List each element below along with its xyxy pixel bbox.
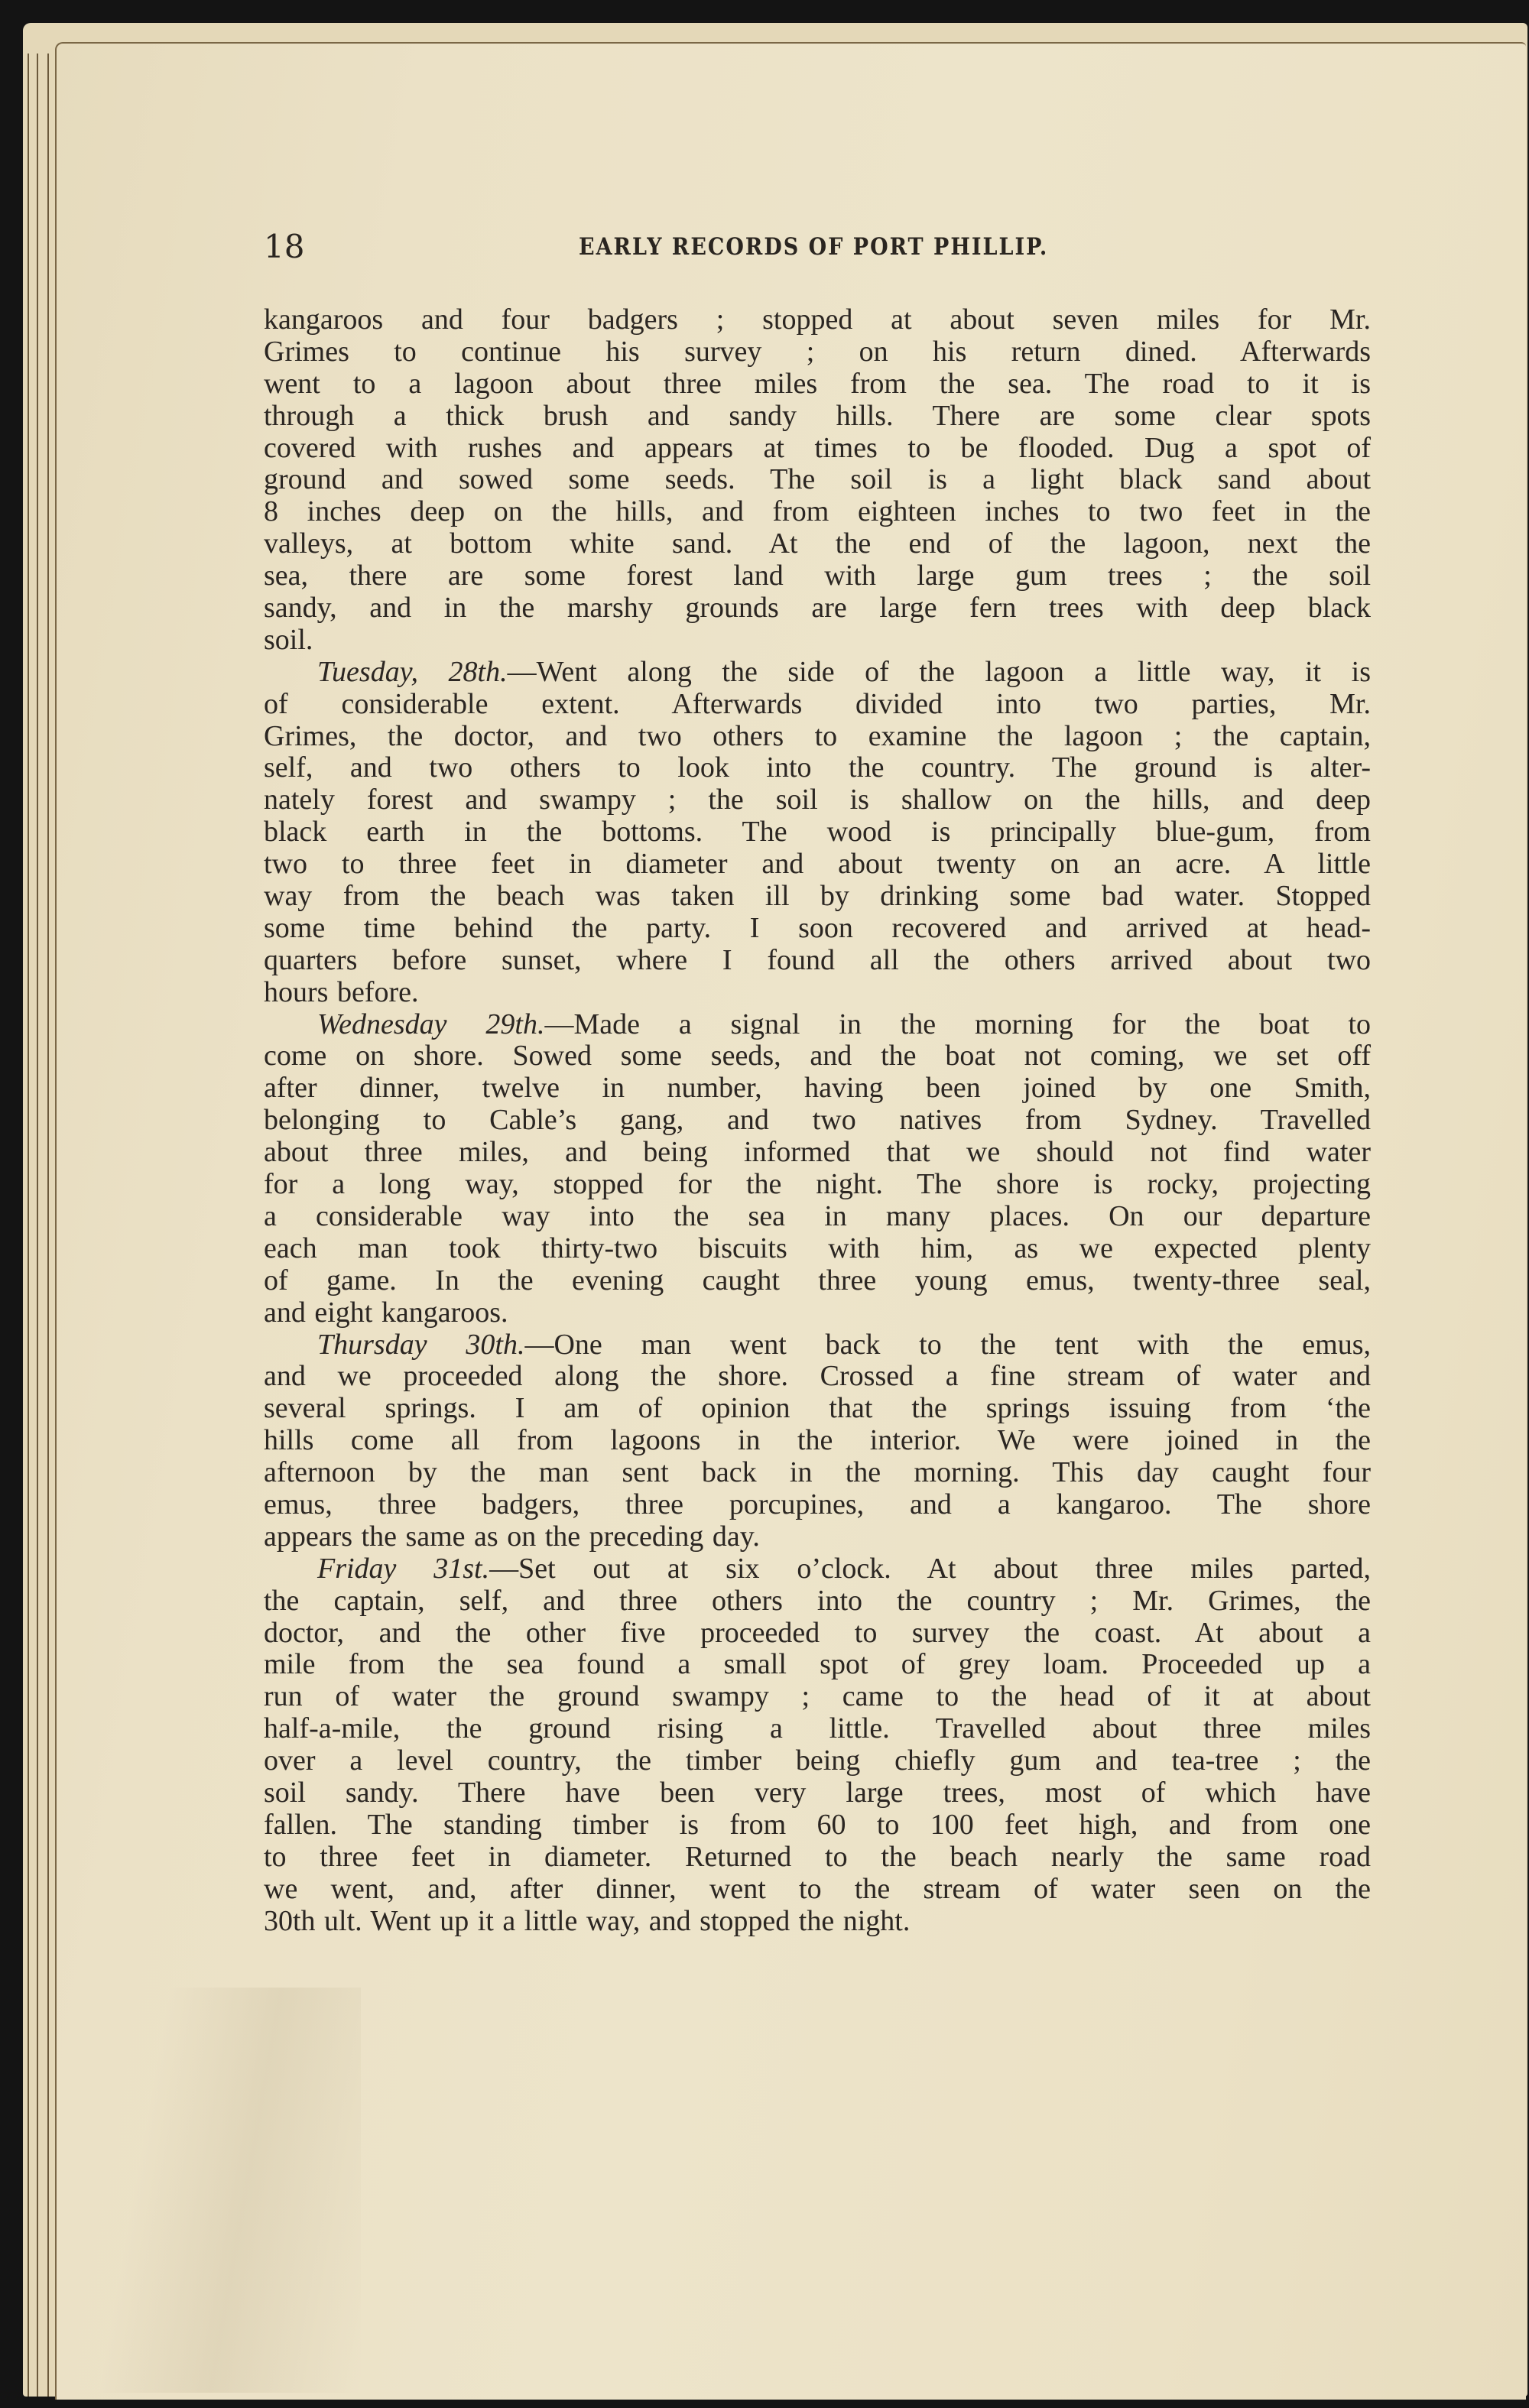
line-text: of considerable extent. Afterwards divid… (264, 688, 1371, 720)
entry-first-line: Wednesday 29th.—Made a signal in the mor… (264, 1009, 1371, 1041)
entry-date: Friday 31st. (317, 1553, 489, 1585)
running-head: 18 EARLY RECORDS OF PORT PHILLIP. (264, 228, 1380, 266)
line-text: black earth in the bottoms. The wood is … (264, 816, 1371, 848)
text-line: hills come all from lagoons in the inter… (264, 1425, 1371, 1457)
line-text: —Made a signal in the morning for the bo… (545, 1008, 1372, 1040)
page-edge-line (37, 54, 38, 2397)
entry-first-line: Friday 31st.—Set out at six o’clock. At … (264, 1553, 1371, 1585)
text-line: nately forest and swampy ; the soil is s… (264, 784, 1371, 816)
text-line: ground and sowed some seeds. The soil is… (264, 464, 1371, 496)
line-text: through a thick brush and sandy hills. T… (264, 400, 1371, 432)
line-text: a considerable way into the sea in many … (264, 1200, 1371, 1232)
line-text: ground and sowed some seeds. The soil is… (264, 463, 1371, 495)
line-text: sea, there are some forest land with lar… (264, 560, 1371, 592)
text-line: belonging to Cable’s gang, and two nativ… (264, 1105, 1371, 1137)
line-text: —Went along the side of the lagoon a lit… (508, 656, 1371, 688)
text-line: soil sandy. There have been very large t… (264, 1777, 1371, 1809)
line-text: over a level country, the timber being c… (264, 1744, 1371, 1777)
line-text: to three feet in diameter. Returned to t… (264, 1841, 1371, 1873)
text-line: over a level country, the timber being c… (264, 1745, 1371, 1777)
line-text: each man took thirty-two biscuits with h… (264, 1232, 1371, 1264)
line-text: hours before. (264, 976, 418, 1008)
line-text: self, and two others to look into the co… (264, 751, 1371, 784)
text-line: black earth in the bottoms. The wood is … (264, 816, 1371, 849)
text-line: run of water the ground swampy ; came to… (264, 1681, 1371, 1713)
line-text: Grimes, the doctor, and two others to ex… (264, 720, 1371, 752)
page-shadow (55, 1988, 361, 2393)
text-line: each man took thirty-two biscuits with h… (264, 1233, 1371, 1265)
line-text: covered with rushes and appears at times… (264, 432, 1371, 464)
text-line: emus, three badgers, three porcupines, a… (264, 1489, 1371, 1521)
text-line: through a thick brush and sandy hills. T… (264, 401, 1371, 433)
line-text: appears the same as on the preceding day… (264, 1520, 760, 1553)
text-line: the captain, self, and three others into… (264, 1585, 1371, 1618)
body-text: kangaroos and four badgers ; stopped at … (264, 304, 1371, 1937)
text-line: we went, and, after dinner, went to the … (264, 1874, 1371, 1906)
line-text: we went, and, after dinner, went to the … (264, 1873, 1371, 1905)
line-text: —Set out at six o’clock. At about three … (489, 1553, 1371, 1585)
text-line: 8 inches deep on the hills, and from eig… (264, 496, 1371, 528)
line-text: quarters before sunset, where I found al… (264, 944, 1371, 976)
line-text: hills come all from lagoons in the inter… (264, 1424, 1371, 1456)
text-line: sandy, and in the marshy grounds are lar… (264, 592, 1371, 625)
text-line: covered with rushes and appears at times… (264, 433, 1371, 465)
line-text: and eight kangaroos. (264, 1296, 508, 1329)
line-text: 30th ult. Went up it a little way, and s… (264, 1905, 910, 1937)
line-text: Grimes to continue his survey ; on his r… (264, 336, 1371, 368)
line-text: the captain, self, and three others into… (264, 1585, 1371, 1617)
line-text: come on shore. Sowed some seeds, and the… (264, 1040, 1371, 1072)
text-line: of game. In the evening caught three you… (264, 1265, 1371, 1297)
entry-date: Tuesday, 28th. (317, 656, 508, 688)
line-text: about three miles, and being informed th… (264, 1136, 1371, 1168)
text-line: several springs. I am of opinion that th… (264, 1393, 1371, 1425)
line-text: soil. (264, 624, 313, 656)
text-line: after dinner, twelve in number, having b… (264, 1073, 1371, 1105)
page-number: 18 (264, 228, 304, 266)
line-text: run of water the ground swampy ; came to… (264, 1680, 1371, 1712)
text-line: to three feet in diameter. Returned to t… (264, 1842, 1371, 1874)
line-text: of game. In the evening caught three you… (264, 1264, 1371, 1296)
line-text: went to a lagoon about three miles from … (264, 368, 1371, 400)
text-line: quarters before sunset, where I found al… (264, 945, 1371, 977)
text-line: valleys, at bottom white sand. At the en… (264, 528, 1371, 560)
line-text: two to three feet in diameter and about … (264, 848, 1371, 880)
text-line: some time behind the party. I soon recov… (264, 913, 1371, 945)
entry-first-line: Thursday 30th.—One man went back to the … (264, 1329, 1371, 1361)
text-line: self, and two others to look into the co… (264, 752, 1371, 784)
text-line: 30th ult. Went up it a little way, and s… (264, 1906, 1371, 1938)
text-line: a considerable way into the sea in many … (264, 1201, 1371, 1233)
page-edge-line (28, 54, 29, 2397)
text-line: for a long way, stopped for the night. T… (264, 1169, 1371, 1201)
running-title: EARLY RECORDS OF PORT PHILLIP. (579, 230, 1048, 265)
line-text: mile from the sea found a small spot of … (264, 1648, 1371, 1680)
line-text: kangaroos and four badgers ; stopped at … (264, 303, 1371, 336)
line-text: belonging to Cable’s gang, and two nativ… (264, 1104, 1371, 1136)
text-line: hours before. (264, 977, 1371, 1009)
line-text: and we proceeded along the shore. Crosse… (264, 1360, 1371, 1392)
line-text: for a long way, stopped for the night. T… (264, 1168, 1371, 1200)
text-line: of considerable extent. Afterwards divid… (264, 689, 1371, 721)
page-edge-line (47, 54, 49, 2397)
line-text: doctor, and the other five proceeded to … (264, 1617, 1371, 1649)
text-line: doctor, and the other five proceeded to … (264, 1618, 1371, 1650)
line-text: after dinner, twelve in number, having b… (264, 1072, 1371, 1104)
text-line: appears the same as on the preceding day… (264, 1521, 1371, 1553)
text-line: kangaroos and four badgers ; stopped at … (264, 304, 1371, 336)
text-line: two to three feet in diameter and about … (264, 849, 1371, 881)
entry-date: Wednesday 29th. (317, 1008, 545, 1040)
text-line: Grimes to continue his survey ; on his r… (264, 336, 1371, 368)
text-line: Grimes, the doctor, and two others to ex… (264, 721, 1371, 753)
line-text: —One man went back to the tent with the … (524, 1329, 1371, 1361)
line-text: half-a-mile, the ground rising a little.… (264, 1712, 1371, 1744)
line-text: 8 inches deep on the hills, and from eig… (264, 495, 1371, 527)
line-text: some time behind the party. I soon recov… (264, 912, 1371, 944)
line-text: sandy, and in the marshy grounds are lar… (264, 592, 1371, 624)
line-text: nately forest and swampy ; the soil is s… (264, 784, 1371, 816)
line-text: afternoon by the man sent back in the mo… (264, 1456, 1371, 1488)
text-line: half-a-mile, the ground rising a little.… (264, 1713, 1371, 1745)
text-line: about three miles, and being informed th… (264, 1137, 1371, 1169)
text-line: and eight kangaroos. (264, 1297, 1371, 1329)
text-line: afternoon by the man sent back in the mo… (264, 1457, 1371, 1489)
text-line: went to a lagoon about three miles from … (264, 368, 1371, 401)
text-line: fallen. The standing timber is from 60 t… (264, 1809, 1371, 1842)
entry-date: Thursday 30th. (317, 1329, 524, 1361)
text-line: way from the beach was taken ill by drin… (264, 881, 1371, 913)
line-text: way from the beach was taken ill by drin… (264, 880, 1371, 912)
text-line: mile from the sea found a small spot of … (264, 1649, 1371, 1681)
text-line: come on shore. Sowed some seeds, and the… (264, 1040, 1371, 1073)
line-text: valleys, at bottom white sand. At the en… (264, 527, 1371, 560)
text-line: soil. (264, 625, 1371, 657)
line-text: fallen. The standing timber is from 60 t… (264, 1809, 1371, 1841)
line-text: emus, three badgers, three porcupines, a… (264, 1488, 1371, 1520)
text-line: sea, there are some forest land with lar… (264, 560, 1371, 592)
line-text: several springs. I am of opinion that th… (264, 1392, 1371, 1424)
entry-first-line: Tuesday, 28th.—Went along the side of th… (264, 657, 1371, 689)
line-text: soil sandy. There have been very large t… (264, 1777, 1371, 1809)
text-line: and we proceeded along the shore. Crosse… (264, 1361, 1371, 1393)
